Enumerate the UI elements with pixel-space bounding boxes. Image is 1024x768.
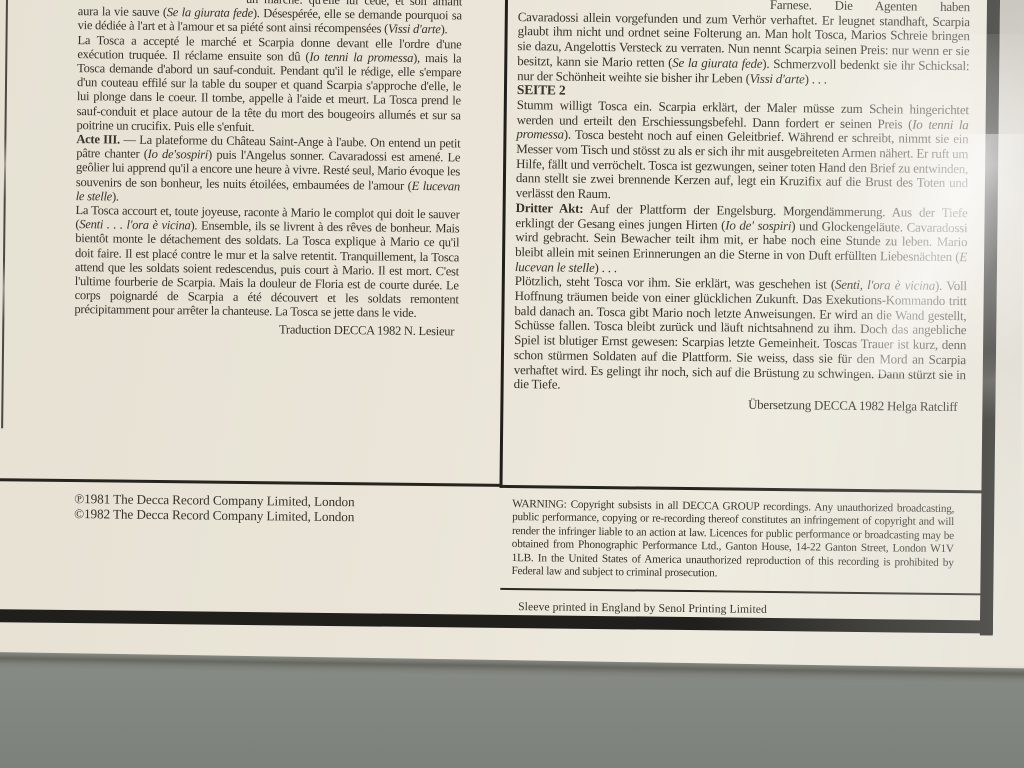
german-paragraph: Stumm willigt Tosca ein. Scarpia erklärt… xyxy=(516,98,969,206)
warning-notice: WARNING: Copyright subsists in all DECCA… xyxy=(511,498,954,583)
german-paragraph: Dritter Akt: Auf der Plattform der Engel… xyxy=(515,201,968,280)
printer-credit: Sleeve printed in England by Senol Print… xyxy=(518,600,767,616)
german-paragraph: Plötzlich, steht Tosca vor ihm. Sie erkl… xyxy=(514,274,967,397)
copyright-lines: ℗1981 The Decca Record Company Limited, … xyxy=(74,492,355,525)
record-sleeve: un marché: qu'elle lui cède, et son aman… xyxy=(0,0,1024,678)
french-paragraph: La Tosca accourt et, toute joyeuse, raco… xyxy=(74,203,459,321)
translation-credit-french: Traduction DECCA 1982 N. Lesieur xyxy=(74,320,458,339)
french-synopsis-column: un marché: qu'elle lui cède, et son aman… xyxy=(74,0,462,338)
french-paragraph: La Tosca a accepté le marché et Scarpia … xyxy=(76,33,461,137)
warning-box-bottom-rule xyxy=(500,588,982,595)
german-synopsis-column: Farnese. Die Agenten haben Cavaradossi a… xyxy=(513,0,970,415)
translation-credit-german: Übersetzung DECCA 1982 Helga Ratcliff xyxy=(513,395,965,415)
photo-record-sleeve-back: un marché: qu'elle lui cède, et son aman… xyxy=(0,0,1024,768)
french-paragraph: un marché: qu'elle lui cède, et son aman… xyxy=(78,0,462,37)
left-column-bottom-rule xyxy=(0,478,503,486)
sleeve-right-edge xyxy=(994,0,1024,560)
left-column-border-line xyxy=(1,0,8,428)
column-divider-rule xyxy=(499,0,508,488)
french-paragraph: Acte III. — La plateforme du Château Sai… xyxy=(76,132,461,207)
printed-area: un marché: qu'elle lui cède, et son aman… xyxy=(0,0,1024,668)
copyright-line: ©1982 The Decca Record Company Limited, … xyxy=(74,507,354,525)
right-column-bottom-rule xyxy=(500,485,984,493)
german-paragraph: Farnese. Die Agenten haben Cavaradossi a… xyxy=(517,0,970,88)
outer-border-bottom xyxy=(0,609,993,633)
